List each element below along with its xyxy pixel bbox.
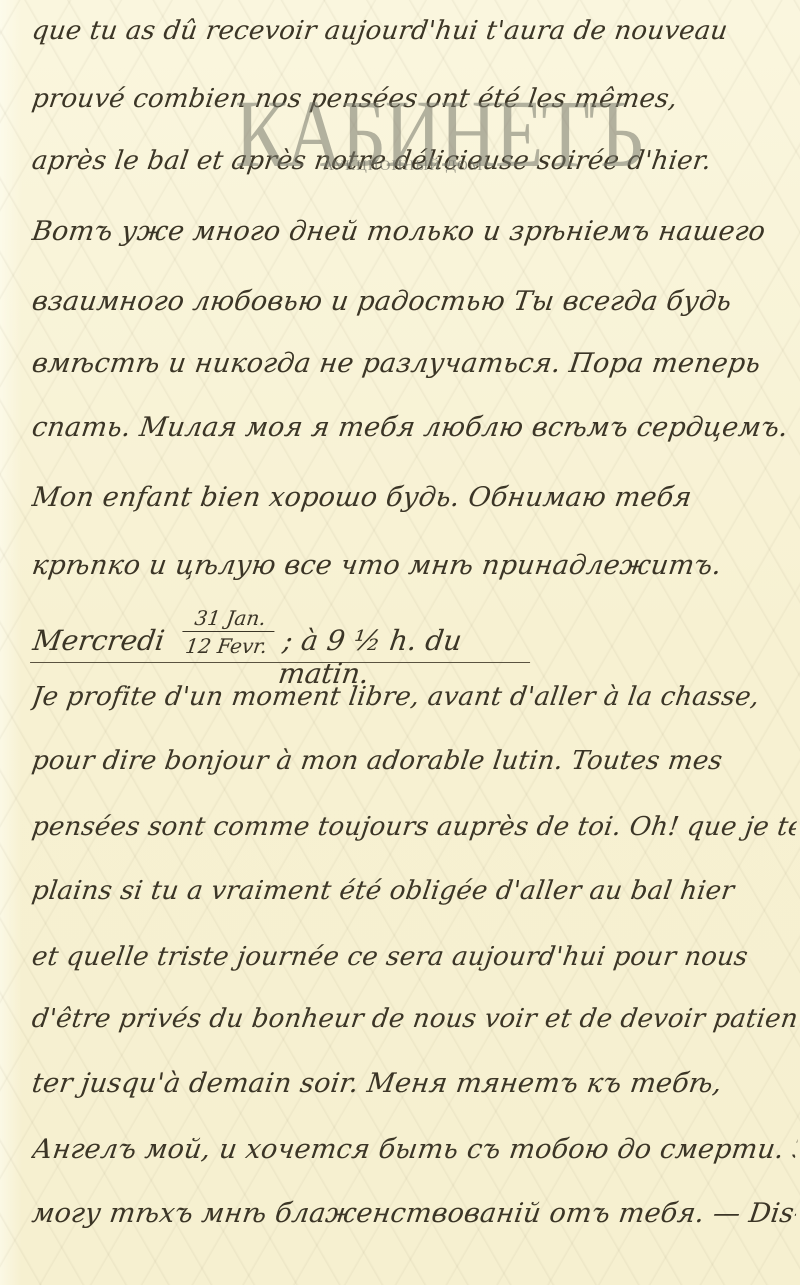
letter-line: et quelle triste journée ce sera aujourd… — [30, 942, 798, 972]
letter-line: prouvé combien nos pensées ont été les m… — [30, 84, 798, 114]
letter-line: вмѣстѣ и никогда не разлучаться. Пора те… — [30, 348, 798, 379]
date-heading: Mercredi 31 Jan. 12 Fevr. ; à 9 ½ h. du … — [30, 606, 538, 663]
letter-line: Вотъ уже много дней только и зрѣніемъ на… — [30, 216, 798, 247]
letter-line: крѣпко и цѣлую все что мнѣ принадлежитъ. — [30, 550, 798, 581]
letter-line: d'être privés du bonheur de nous voir et… — [30, 1004, 798, 1034]
letter-line: que tu as dû recevoir aujourd'hui t'aura… — [30, 16, 798, 46]
date-fraction: 31 Jan. 12 Fevr. — [179, 606, 278, 658]
letter-line: спать. Милая моя я тебя люблю всѣмъ серд… — [30, 412, 798, 443]
letter-line: après le bal et après notre délicieuse s… — [30, 146, 798, 176]
date-time: ; à 9 ½ h. du matin. — [276, 624, 535, 690]
letter-line: pensées sont comme toujours auprès de to… — [30, 812, 798, 842]
letter-line: pour dire bonjour à mon adorable lutin. … — [30, 746, 798, 776]
letter-line: взаимного любовью и радостью Ты всегда б… — [30, 286, 798, 317]
letter-line: plains si tu a vraiment été obligée d'al… — [30, 876, 798, 906]
date-new-style: 12 Fevr. — [179, 632, 275, 658]
letter-line: Mon enfant bien хорошо будь. Обнимаю теб… — [30, 482, 798, 513]
letter-line: Ангелъ мой, и хочется быть съ тобою до с… — [30, 1134, 798, 1165]
letter-line: Je profite d'un moment libre, avant d'al… — [30, 682, 798, 712]
date-old-style: 31 Jan. — [182, 606, 278, 632]
date-weekday: Mercredi — [31, 624, 167, 657]
letter-line: ter jusqu'à demain soir. Меня тянетъ къ … — [30, 1068, 798, 1099]
letter-line: могу тѣхъ мнѣ блаженствованій отъ тебя. … — [30, 1198, 798, 1229]
